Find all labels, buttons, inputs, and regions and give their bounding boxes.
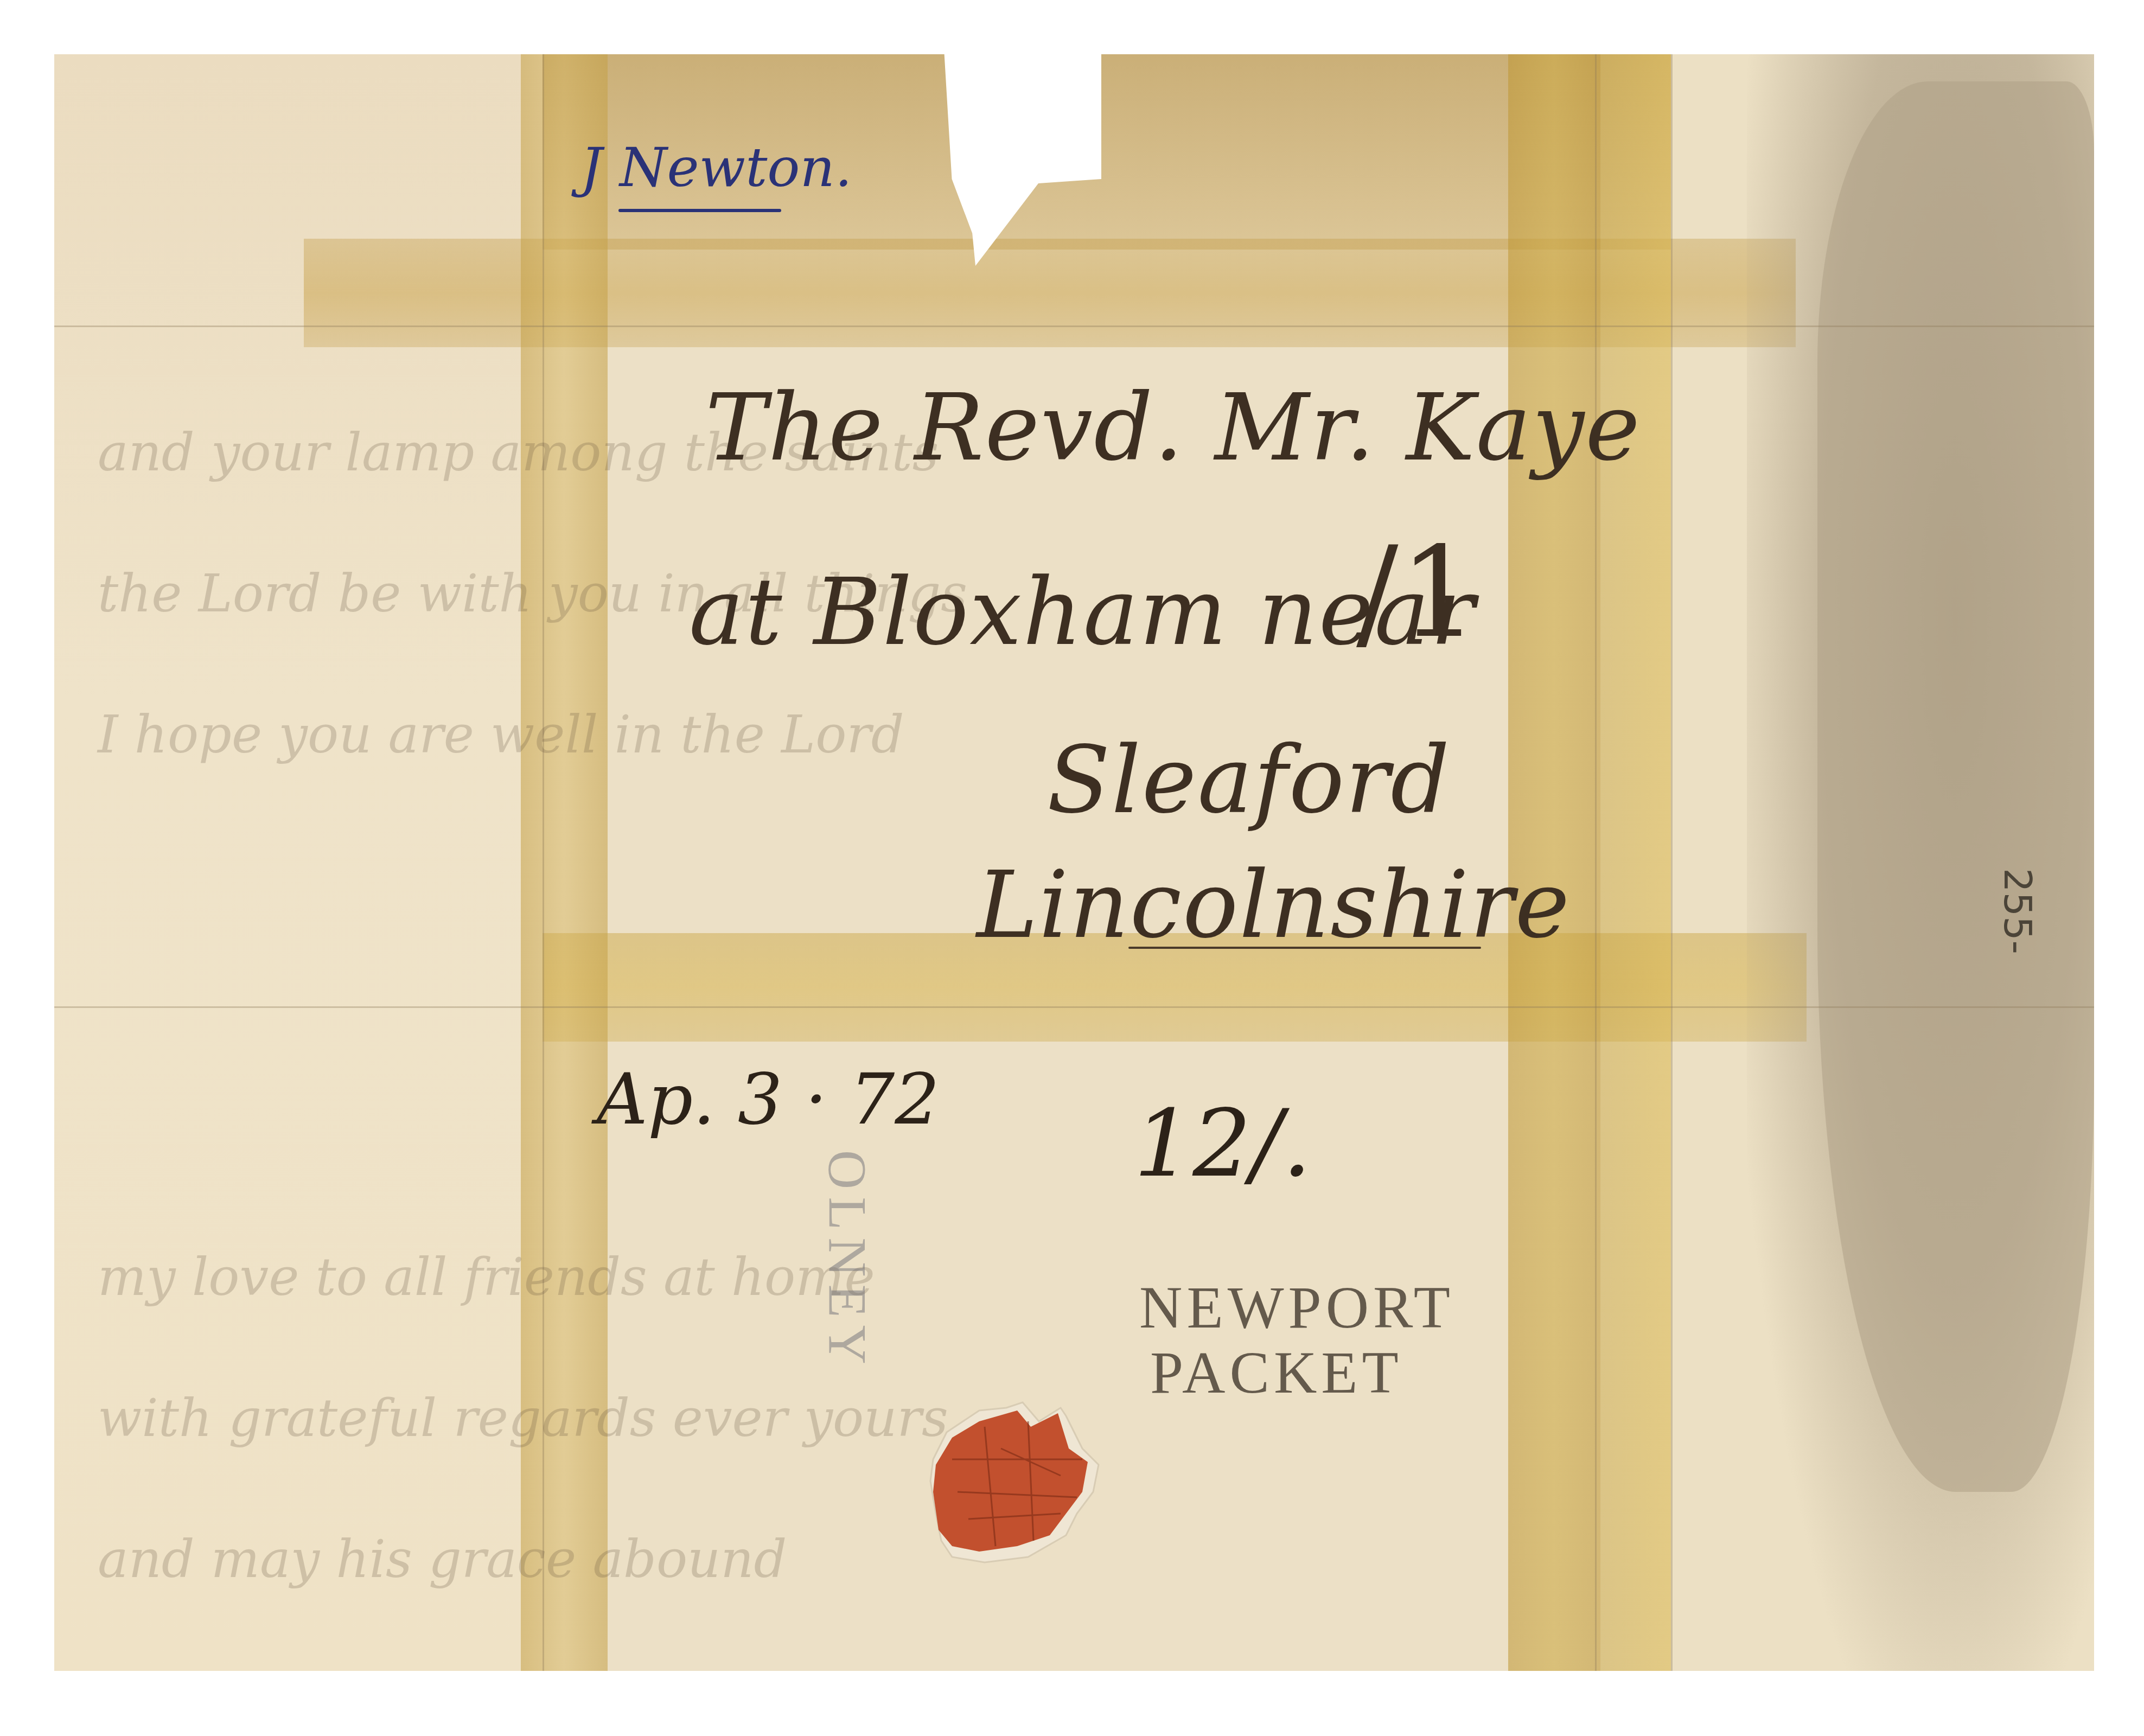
gray-water-stain-core	[1817, 81, 2094, 1492]
vertical-stain-band-edge	[1600, 54, 1671, 1671]
vertical-town-postmark: OLNEY	[816, 1150, 879, 1372]
fold-line-bottom	[54, 1006, 2094, 1008]
wax-seal-icon	[920, 1351, 1115, 1579]
author-annotation: J Newton.	[580, 136, 852, 199]
date-mark: Ap. 3 · 72	[597, 1058, 940, 1140]
postmark-line-1: NEWPORT	[1139, 1275, 1454, 1340]
address-line-4: Lincolnshire	[977, 852, 1571, 959]
bleed-through-text: with grateful regards ever yours	[98, 1389, 948, 1448]
fold-line-top	[54, 325, 2094, 327]
newport-packet-postmark: NEWPORT PACKET	[1139, 1275, 1454, 1405]
postmark-line-2: PACKET	[1139, 1340, 1454, 1405]
address-line-1: The Revd. Mr. Kaye	[705, 374, 1641, 482]
fold-line-edge	[1671, 54, 1673, 1671]
annotation-underline	[618, 209, 781, 212]
side-mark: /1	[1356, 521, 1480, 666]
bleed-through-text: I hope you are well in the Lord	[98, 705, 904, 765]
address-underline	[1128, 947, 1481, 949]
address-line-3: Sleaford	[1047, 727, 1451, 834]
wax-seal	[920, 1351, 1115, 1579]
bleed-through-text: my love to all friends at home	[98, 1248, 875, 1307]
fold-line-right	[1595, 54, 1597, 1671]
postage-charge: 12/.	[1134, 1090, 1312, 1198]
bleed-through-text: and may his grace abound	[98, 1530, 787, 1590]
archive-number: 255-	[1995, 868, 2040, 954]
